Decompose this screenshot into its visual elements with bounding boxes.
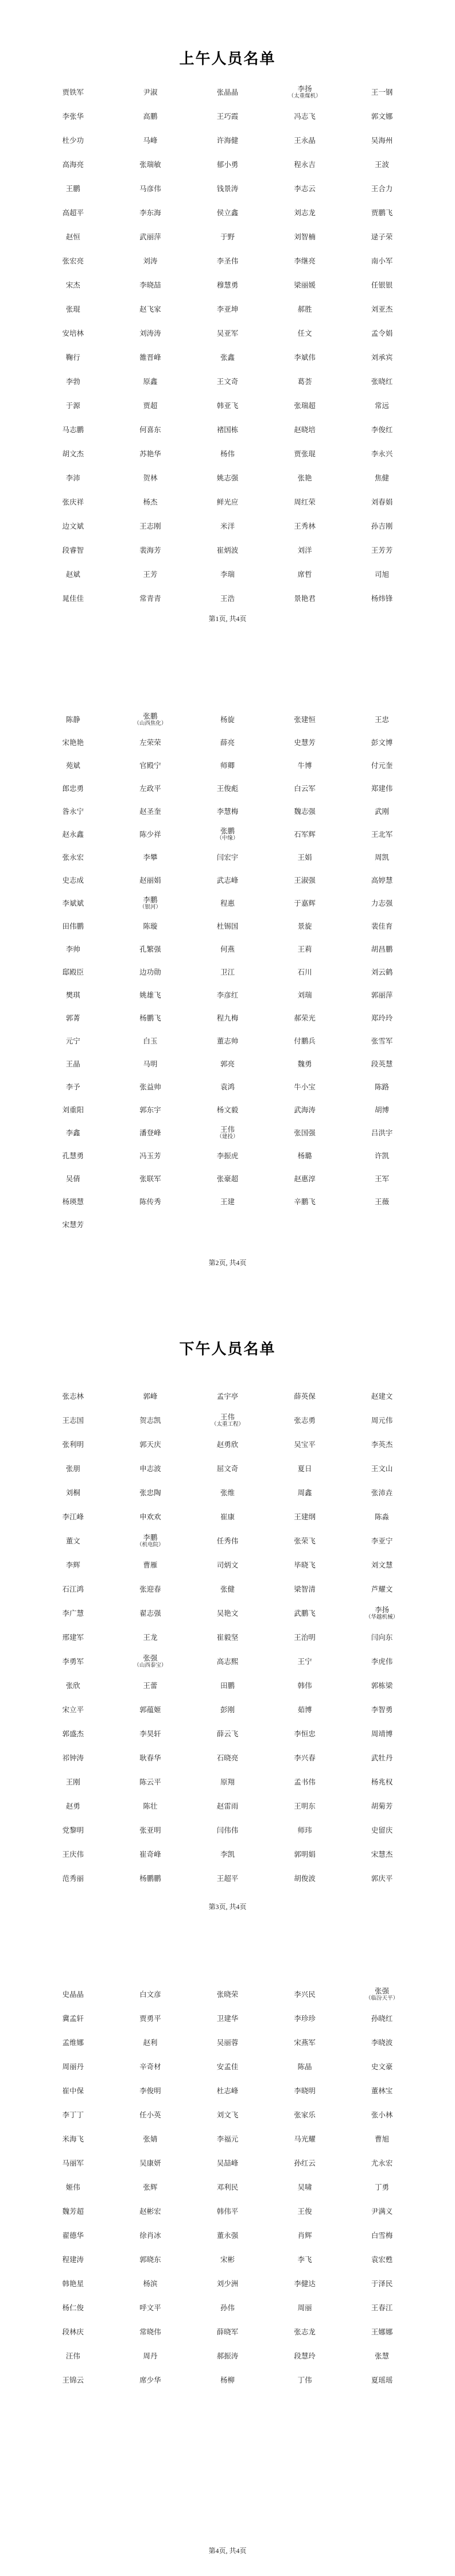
person-name: 吴宝平 (266, 1441, 344, 1449)
name-row: 韩艳星杨滨刘少洲李健达于泽民 (34, 2272, 421, 2296)
person-cell: 郭明娟 (266, 1850, 344, 1859)
page-footer: 第2页, 共4页 (0, 1258, 455, 1267)
person-name: 赵雷雨 (189, 1802, 266, 1810)
person-cell: 高志熙 (189, 1658, 266, 1666)
person-name: 孔繁强 (112, 945, 189, 953)
person-cell: 王锦云 (34, 2376, 112, 2384)
person-name: 李福元 (189, 2135, 266, 2143)
person-name: 于野 (189, 233, 266, 241)
person-cell: 边文斌 (34, 522, 112, 530)
person-name: 郎忠勇 (34, 785, 112, 793)
person-cell: 于泽民 (343, 2280, 421, 2288)
person-cell: 何喜东 (112, 426, 189, 434)
person-name: 郭亮 (189, 1060, 266, 1068)
person-cell: 赵勇 (34, 1802, 112, 1810)
name-row: 石江鸿张迎春张健梁智清芦耀文 (34, 1577, 421, 1601)
person-note: （华越机械） (343, 1615, 421, 1620)
person-name: 李晓喆 (112, 281, 189, 289)
person-name: 王浩 (189, 595, 266, 603)
name-row: 杨仁俊呼文平孙伟周丽王春江 (34, 2296, 421, 2320)
person-name: 祁钟涛 (34, 1754, 112, 1762)
person-cell: 尹淑 (112, 88, 189, 96)
person-cell: 白云军 (266, 785, 344, 793)
person-cell: 付元奎 (343, 762, 421, 770)
person-cell: 李斌伟 (266, 354, 344, 362)
person-name: 冯玉芳 (112, 1152, 189, 1160)
person-cell: 李恒忠 (266, 1730, 344, 1738)
person-cell: 杨炜锋 (343, 595, 421, 603)
person-name: 翟德华 (34, 2232, 112, 2240)
person-name: 孙伟 (189, 2304, 266, 2312)
person-cell: 贾张琨 (266, 450, 344, 458)
person-cell: 马峰 (112, 137, 189, 145)
person-cell: 张艳 (266, 474, 344, 482)
person-cell: 张豪超 (189, 1175, 266, 1183)
name-grid: 张志林郭峰孟宇亭薛英保赵建文王志国贺志凯王伟（太重工程）张志勇周元伟张利明郭天庆… (0, 1384, 455, 1891)
name-row: 马丽军吴康妍吴喆峰孙红云尤永宏 (34, 2151, 421, 2175)
person-name: 张朋 (34, 1465, 112, 1473)
person-name: 李扬 (266, 85, 344, 93)
person-name: 张忠陶 (112, 1489, 189, 1497)
name-row: 王刚陈云平原翔孟书伟杨兆权 (34, 1770, 421, 1794)
person-name: 薛晓军 (189, 2328, 266, 2336)
person-name: 周红荣 (266, 498, 344, 506)
page-3: 下午人员名单张志林郭峰孟宇亭薛英保赵建文王志国贺志凯王伟（太重工程）张志勇周元伟… (0, 1288, 455, 1932)
person-cell: 姚雄飞 (112, 991, 189, 999)
person-cell: 吕洪宇 (343, 1129, 421, 1137)
person-cell: 郑玲玲 (343, 1014, 421, 1022)
person-cell: 胡博 (343, 1106, 421, 1114)
person-cell: 曹旭 (343, 2135, 421, 2143)
person-cell: 薛英保 (266, 1392, 344, 1400)
person-name: 薛英保 (266, 1392, 344, 1400)
person-name: 张欣 (34, 1682, 112, 1690)
person-name: 马峰 (112, 137, 189, 145)
name-row: 边文斌王志刚米洋王秀林孙吉刚 (34, 514, 421, 538)
person-name: 张庆祥 (34, 498, 112, 506)
person-cell: 曹雁 (112, 1561, 189, 1569)
person-name: 张家乐 (266, 2111, 344, 2119)
person-cell: 梁丽媛 (266, 281, 344, 289)
person-cell: 杨瑛慧 (34, 1198, 112, 1206)
person-name: 陈路 (343, 1083, 421, 1091)
person-name: 薛云飞 (189, 1730, 266, 1738)
person-cell: 宋慧杰 (343, 1850, 421, 1859)
person-name: 于泽民 (343, 2280, 421, 2288)
person-cell: 赵斌 (34, 571, 112, 579)
person-name: 陈淼 (343, 1513, 421, 1521)
person-cell: 薛晓军 (189, 2328, 266, 2336)
person-cell: 张荣飞 (266, 1537, 344, 1545)
person-cell: 李凯 (189, 1850, 266, 1859)
person-cell: 贺志凯 (112, 1417, 189, 1425)
person-cell: 王晶 (34, 1060, 112, 1068)
person-name: 李志云 (266, 185, 344, 193)
person-name: 赵惠淳 (266, 1175, 344, 1183)
person-name: 张瑞超 (266, 402, 344, 410)
person-cell: 张晶晶 (189, 88, 266, 96)
person-cell: 刘重阳 (34, 1106, 112, 1114)
person-cell: 边功勋 (112, 968, 189, 976)
person-name: 李江峰 (34, 1513, 112, 1521)
person-cell: 李晓波 (343, 2039, 421, 2047)
person-name: 马光耀 (266, 2135, 344, 2143)
name-row: 胡文杰苏艳华杨伟贾张琨李永兴 (34, 442, 421, 466)
person-name: 郑建伟 (343, 785, 421, 793)
person-name: 马彦伟 (112, 185, 189, 193)
person-name: 李圣伟 (189, 257, 266, 265)
person-cell: 司炳文 (189, 1561, 266, 1569)
person-name: 何燕 (189, 945, 266, 953)
person-cell: 卫江 (189, 968, 266, 976)
name-row: 张朋申志波屈文奇夏日王文山 (34, 1457, 421, 1481)
person-cell: 任文 (266, 329, 344, 337)
person-cell: 李勃 (34, 378, 112, 386)
person-name: 刘承宾 (343, 354, 421, 362)
person-name: 申志波 (112, 1465, 189, 1473)
person-note: （机电院） (112, 1542, 189, 1548)
person-cell: 武海涛 (266, 1106, 344, 1114)
person-cell: 郭亮 (189, 1060, 266, 1068)
person-cell: 丁伟 (266, 2376, 344, 2384)
person-cell: 师玮 (266, 1826, 344, 1834)
person-name: 闫向东 (343, 1634, 421, 1642)
person-name: 武丽萍 (112, 233, 189, 241)
person-name: 肖辉 (266, 2232, 344, 2240)
person-cell: 陈传秀 (112, 1198, 189, 1206)
person-cell: 郭丽萍 (343, 991, 421, 999)
person-cell: 孙晓红 (343, 2015, 421, 2023)
person-name: 武志峰 (189, 876, 266, 884)
person-cell: 张瑞超 (266, 402, 344, 410)
person-cell: 张宏亮 (34, 257, 112, 265)
person-cell: 郭盛杰 (34, 1730, 112, 1738)
person-name: 王文山 (343, 1465, 421, 1473)
name-row: 郭菁杨鹏飞程九梅郝荣光郑玲玲 (34, 1007, 421, 1030)
person-name: 付元奎 (343, 762, 421, 770)
person-cell: 张强（山西泰宝） (112, 1654, 189, 1669)
person-name: 牛博 (266, 762, 344, 770)
person-cell: 苑斌 (34, 762, 112, 770)
person-cell: 李健达 (266, 2280, 344, 2288)
person-cell: 史留庆 (343, 1826, 421, 1834)
person-name: 薛亮 (189, 739, 266, 747)
person-cell: 米洋 (189, 522, 266, 530)
name-row: 王志国贺志凯王伟（太重工程）张志勇周元伟 (34, 1409, 421, 1433)
person-name: 翟志强 (112, 1609, 189, 1617)
person-name: 崔奇峰 (112, 1850, 189, 1859)
person-note: （太重煤机） (266, 94, 344, 99)
person-cell: 张欣 (34, 1682, 112, 1690)
person-name: 李斌斌 (34, 899, 112, 907)
person-cell: 刘智楠 (266, 233, 344, 241)
person-cell: 邢建军 (34, 1634, 112, 1642)
person-name: 李帅 (34, 945, 112, 953)
name-row: 郭盛杰李昊轩薛云飞李恒忠周靖博 (34, 1722, 421, 1746)
person-name: 周丹 (112, 2352, 189, 2360)
person-name: 陈少祥 (112, 831, 189, 839)
person-cell: 南小军 (343, 257, 421, 265)
person-name: 张志勇 (266, 1417, 344, 1425)
person-cell: 屈文奇 (189, 1465, 266, 1473)
person-cell: 李昊轩 (112, 1730, 189, 1738)
person-name: 胡昌鹏 (343, 945, 421, 953)
person-cell: 杨旋 (189, 716, 266, 724)
person-cell: 安培林 (34, 329, 112, 337)
person-cell: 白雪梅 (343, 2232, 421, 2240)
name-row: 邢建军王龙崔毅坚王治明闫向东 (34, 1625, 421, 1650)
person-cell: 王合力 (343, 185, 421, 193)
person-cell: 马明 (112, 1060, 189, 1068)
person-cell: 李瑞 (189, 571, 266, 579)
person-cell: 李慧梅 (189, 808, 266, 816)
person-cell: 晁佳佳 (34, 595, 112, 603)
person-cell: 毕晓飞 (266, 1561, 344, 1569)
person-cell: 郭晓东 (112, 2256, 189, 2264)
person-cell: 郭文娜 (343, 112, 421, 121)
person-name: 郝振涛 (189, 2352, 266, 2360)
person-cell: 王建纲 (266, 1513, 344, 1521)
person-name: 韩伟平 (189, 2208, 266, 2216)
person-cell: 侯立鑫 (189, 209, 266, 217)
person-name: 任文 (266, 329, 344, 337)
name-row: 昝永宁赵圣奎李慧梅魏志强武刚 (34, 800, 421, 823)
person-cell: 石川 (266, 968, 344, 976)
name-row: 孟维娜赵利吴丽蓉宋燕军李晓波 (34, 2031, 421, 2055)
person-name: 张强 (343, 1987, 421, 1995)
person-name: 王志刚 (112, 522, 189, 530)
person-name: 左政平 (112, 785, 189, 793)
person-name: 司旭 (343, 571, 421, 579)
person-name: 苑斌 (34, 762, 112, 770)
person-name: 闫宏宇 (189, 854, 266, 862)
person-name: 李沛 (34, 474, 112, 482)
person-name: 张建恒 (266, 716, 344, 724)
person-name: 史晶晶 (34, 1991, 112, 1999)
person-name: 昝永宁 (34, 808, 112, 816)
person-name: 徐肖冰 (112, 2232, 189, 2240)
person-cell: 韩伟平 (189, 2208, 266, 2216)
person-cell: 周丽 (266, 2304, 344, 2312)
person-cell: 白玉 (112, 1037, 189, 1045)
person-name: 赵斌 (34, 571, 112, 579)
person-cell: 胡菊芳 (343, 1802, 421, 1810)
person-cell: 杨伟 (189, 450, 266, 458)
person-cell: 郭栋梁 (343, 1682, 421, 1690)
person-cell: 杨仁俊 (34, 2304, 112, 2312)
person-cell: 吴海州 (343, 137, 421, 145)
person-cell: 景旋 (266, 922, 344, 930)
person-name: 辛鹏飞 (266, 1198, 344, 1206)
person-cell: 郝振涛 (189, 2352, 266, 2360)
person-name: 王明东 (266, 1802, 344, 1810)
person-name: 崔毅坚 (189, 1634, 266, 1642)
person-cell: 许海健 (189, 137, 266, 145)
person-name: 陈传秀 (112, 1198, 189, 1206)
person-name: 李予 (34, 1083, 112, 1091)
person-name: 裴佳育 (343, 922, 421, 930)
person-name: 韩伟 (266, 1682, 344, 1690)
person-name: 王莉 (266, 945, 344, 953)
person-name: 张志龙 (266, 2328, 344, 2336)
name-row: 安培林刘涛涛吴亚军任文孟令娟 (34, 321, 421, 346)
person-name: 李攀 (112, 854, 189, 862)
person-name: 赵晓培 (266, 426, 344, 434)
person-cell: 王宁 (266, 1658, 344, 1666)
person-name: 王刚 (34, 1778, 112, 1786)
person-cell: 袁宏甦 (343, 2256, 421, 2264)
person-name: 郝胜 (266, 305, 344, 313)
person-name: 魏志强 (266, 808, 344, 816)
person-name: 李张华 (34, 112, 112, 121)
person-name: 贾张琨 (266, 450, 344, 458)
person-cell: 裴佳育 (343, 922, 421, 930)
person-cell: 王芳 (112, 571, 189, 579)
person-cell: 张庆祥 (34, 498, 112, 506)
person-cell: 张雪军 (343, 1037, 421, 1045)
person-name: 赵恒 (34, 233, 112, 241)
person-name: 王治明 (266, 1634, 344, 1642)
person-cell: 张亚明 (112, 1826, 189, 1834)
name-row: 翟德华徐肖冰董永强肖辉白雪梅 (34, 2224, 421, 2248)
person-cell: 王伟（太重工程） (189, 1413, 266, 1428)
person-cell: 张鹏（中缘） (189, 827, 266, 842)
person-cell: 王芳芳 (343, 546, 421, 554)
name-row: 周丽丹辛奇材安孟佳陈晶史文豪 (34, 2055, 421, 2079)
person-cell: 李振虎 (189, 1152, 266, 1160)
person-cell: 李圣伟 (189, 257, 266, 265)
person-cell: 杨杰 (112, 498, 189, 506)
person-name: 范秀丽 (34, 1875, 112, 1883)
person-note: （建投） (189, 1134, 266, 1140)
person-cell: 吴倩 (34, 1175, 112, 1183)
person-cell: 王俊彪 (189, 785, 266, 793)
person-name: 李丁丁 (34, 2111, 112, 2119)
person-cell: 杨鹏鹏 (112, 1875, 189, 1883)
person-name: 王蕾 (112, 1682, 189, 1690)
person-name: 王龙 (112, 1634, 189, 1642)
person-cell: 赵恒 (34, 233, 112, 241)
person-name: 刘瑞 (266, 991, 344, 999)
name-row: 米海飞张婧李福元马光耀曹旭 (34, 2127, 421, 2151)
person-name: 汪伟 (34, 2352, 112, 2360)
person-cell: 陈壮 (112, 1802, 189, 1810)
person-name: 马志鹏 (34, 426, 112, 434)
person-cell: 李英杰 (343, 1441, 421, 1449)
name-row: 孔慧勇冯玉芳李振虎杨璐许凯 (34, 1145, 421, 1167)
person-cell: 周靖博 (343, 1730, 421, 1738)
person-name: 丁伟 (266, 2376, 344, 2384)
person-cell: 马志鹏 (34, 426, 112, 434)
person-cell: 张瑞敏 (112, 161, 189, 169)
person-cell: 王志刚 (112, 522, 189, 530)
person-cell: 邓利民 (189, 2183, 266, 2191)
name-row: 祁钟涛耿春华石晓亮李兴春武牡丹 (34, 1746, 421, 1770)
name-row: 宋艳艳左荣荣薛亮史慧芳彭文博 (34, 731, 421, 754)
person-cell: 呼文平 (112, 2304, 189, 2312)
person-cell: 张辉 (112, 2183, 189, 2191)
person-name: 赵永鑫 (34, 831, 112, 839)
page-footer: 第4页, 共4页 (0, 2546, 455, 2555)
person-cell: 王巧霞 (189, 112, 266, 121)
person-cell: 杨兆权 (343, 1778, 421, 1786)
person-name: 穆慧勇 (189, 281, 266, 289)
person-cell: 许凯 (343, 1152, 421, 1160)
person-name: 李亚宁 (343, 1537, 421, 1545)
person-cell: 李彦红 (189, 991, 266, 999)
person-cell: 刘文慧 (343, 1561, 421, 1569)
person-cell: 王军 (343, 1175, 421, 1183)
person-cell: 王忠 (343, 716, 421, 724)
person-cell: 胡俊波 (266, 1875, 344, 1883)
person-name: 邓利民 (189, 2183, 266, 2191)
person-name: 姬伟 (34, 2183, 112, 2191)
person-cell: 赵雷雨 (189, 1802, 266, 1810)
person-name: 刘少洲 (189, 2280, 266, 2288)
person-cell: 逯子荣 (343, 233, 421, 241)
person-cell: 张慧 (343, 2352, 421, 2360)
person-name: 周丽 (266, 2304, 344, 2312)
person-cell: 汪伟 (34, 2352, 112, 2360)
person-cell: 常青青 (112, 595, 189, 603)
person-name: 王春江 (343, 2304, 421, 2312)
person-cell: 尤永宏 (343, 2159, 421, 2167)
person-cell: 卫建华 (189, 2015, 266, 2023)
person-cell: 李虎伟 (343, 1658, 421, 1666)
person-name: 王晶 (34, 1060, 112, 1068)
person-name: 李扬 (343, 1606, 421, 1614)
person-cell: 赵建文 (343, 1392, 421, 1400)
person-name: 张慧 (343, 2352, 421, 2360)
person-name: 程永吉 (266, 161, 344, 169)
name-row: 张庆祥杨杰鲜光应周红荣刘春娟 (34, 490, 421, 514)
person-cell: 周红荣 (266, 498, 344, 506)
person-cell: 陈璇 (112, 922, 189, 930)
person-name: 宋杰 (34, 281, 112, 289)
person-name: 王合力 (343, 185, 421, 193)
name-row: 刘桐张忠陶张维周鑫张沛垚 (34, 1481, 421, 1505)
name-row: 宋立平郭蕴姬彭刚茹博李智勇 (34, 1698, 421, 1722)
person-name: 李广慧 (34, 1609, 112, 1617)
person-name: 刘涛涛 (112, 329, 189, 337)
person-cell: 刘文飞 (189, 2111, 266, 2119)
person-cell: 高海亮 (34, 161, 112, 169)
person-cell: 郭菁 (34, 1014, 112, 1022)
person-cell: 于源 (34, 402, 112, 410)
person-cell: 常远 (343, 402, 421, 410)
person-name: 史文豪 (343, 2063, 421, 2071)
person-cell: 孔繁强 (112, 945, 189, 953)
person-name: 高志熙 (189, 1658, 266, 1666)
page-2: 陈静张鹏（山西焦化）杨旋张建恒王忠宋艳艳左荣荣薛亮史慧芳彭文博苑斌官殿宁师卿牛博… (0, 644, 455, 1288)
person-name: 李辉 (34, 1561, 112, 1569)
person-name: 郭天庆 (112, 1441, 189, 1449)
person-cell: 牛小宝 (266, 1083, 344, 1091)
person-cell: 李帅 (34, 945, 112, 953)
person-note: （中缘） (189, 836, 266, 841)
person-cell: 昝永宁 (34, 808, 112, 816)
person-name: 胡文杰 (34, 450, 112, 458)
person-name: 常远 (343, 402, 421, 410)
person-name: 孟令娟 (343, 329, 421, 337)
name-row: 苑斌官殿宁师卿牛博付元奎 (34, 754, 421, 777)
person-name: 吴啸 (266, 2183, 344, 2191)
person-cell: 孟维娜 (34, 2039, 112, 2047)
person-cell: 范秀丽 (34, 1875, 112, 1883)
name-row: 程建涛郭晓东宋彬李飞袁宏甦 (34, 2248, 421, 2272)
person-name: 郭晓东 (112, 2256, 189, 2264)
person-cell: 李辉 (34, 1561, 112, 1569)
